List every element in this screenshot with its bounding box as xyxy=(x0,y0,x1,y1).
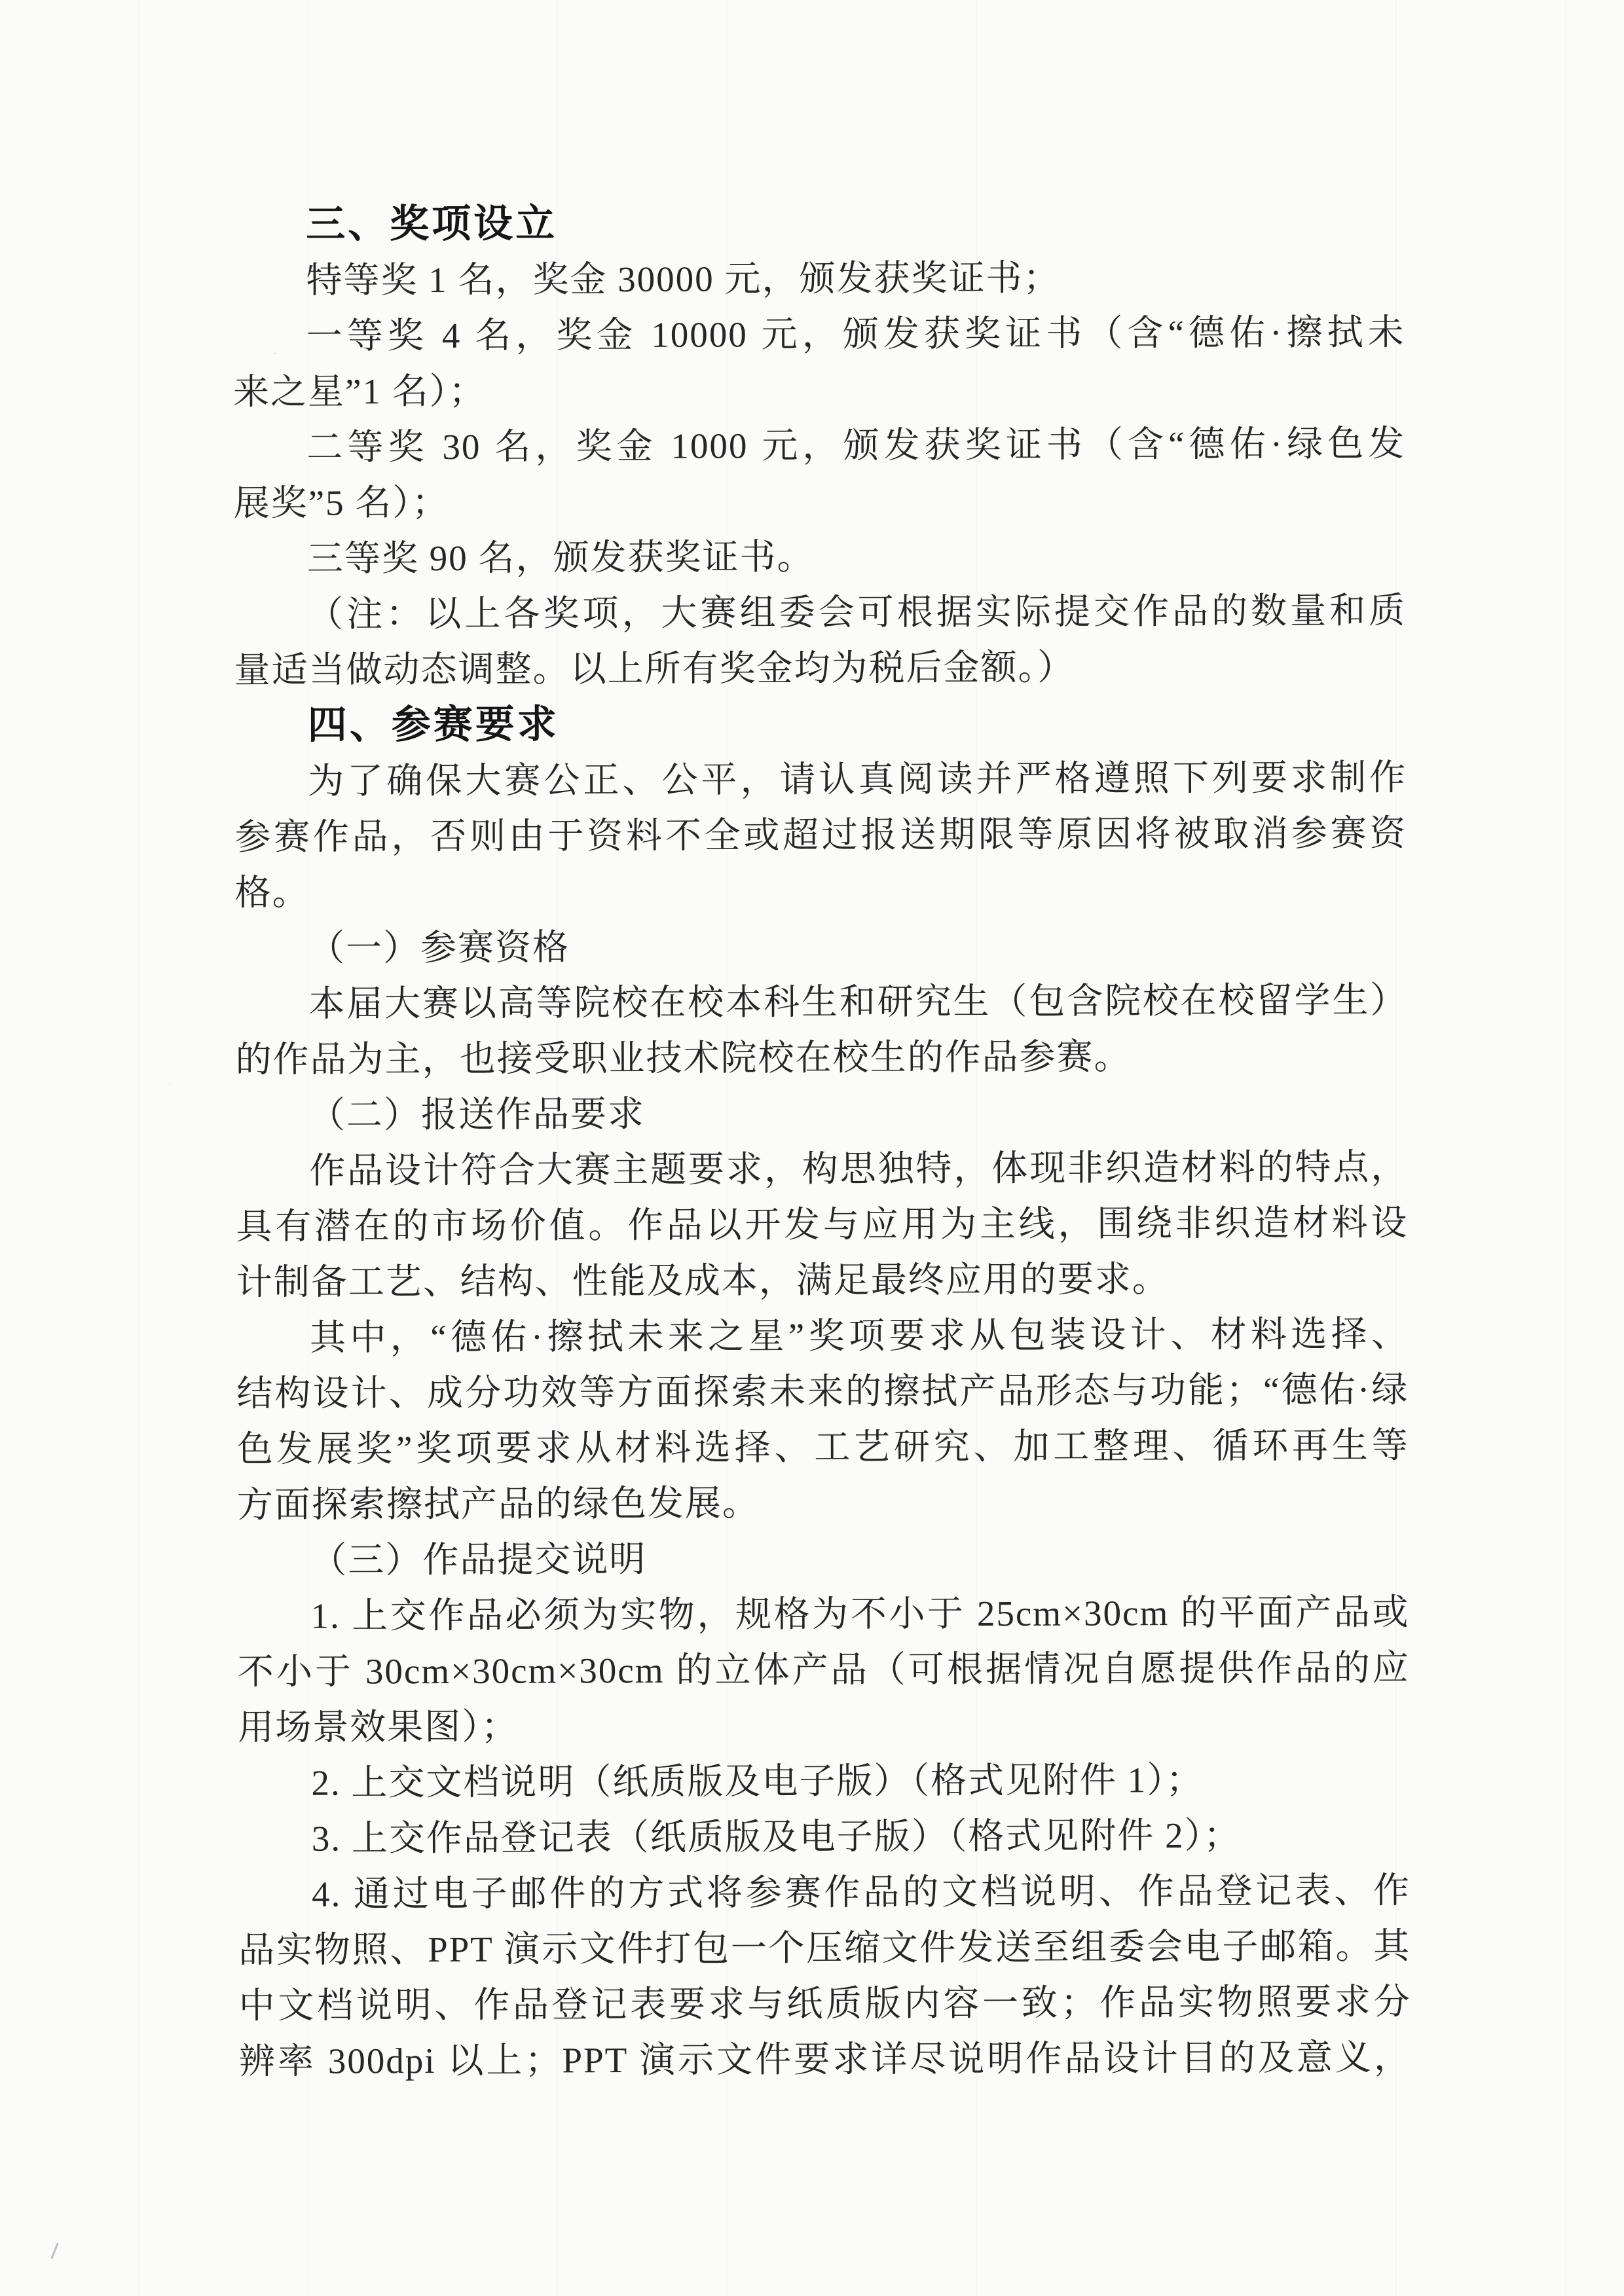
text-line: 结构设计、成分功效等方面探索未来的擦拭产品形态与功能；“德佑·绿 xyxy=(236,1362,1409,1421)
text-line: （三）作品提交说明 xyxy=(237,1529,1409,1588)
text-line: 用场景效果图）； xyxy=(238,1696,1410,1755)
text-line: 4. 通过电子邮件的方式将参赛作品的文档说明、作品登记表、作 xyxy=(238,1863,1411,1922)
scan-artifact-slash xyxy=(50,2242,59,2259)
text-line: 三等奖 90 名，颁发获奖证书。 xyxy=(234,527,1406,587)
section-heading: 四、参赛要求 xyxy=(234,694,1407,754)
text-line: 品实物照、PPT 演示文件打包一个压缩文件发送至组委会电子邮箱。其 xyxy=(238,1918,1411,1978)
text-line: 方面探索擦拭产品的绿色发展。 xyxy=(237,1473,1409,1533)
text-line: 其中，“德佑·擦拭未来之星”奖项要求从包装设计、材料选择、 xyxy=(236,1306,1409,1366)
text-line: （一）参赛资格 xyxy=(235,917,1407,976)
text-line: 计制备工艺、结构、性能及成本，满足最终应用的要求。 xyxy=(236,1250,1409,1310)
document-text-block: 三、奖项设立特等奖 1 名，奖金 30000 元，颁发获奖证书；一等奖 4 名，… xyxy=(232,193,1411,2089)
section-heading: 三、奖项设立 xyxy=(232,193,1405,253)
text-line: 展奖”5 名）； xyxy=(233,471,1405,531)
text-line: 量适当做动态调整。以上所有奖金均为税后金额。） xyxy=(234,638,1406,698)
text-line: （二）报送作品要求 xyxy=(236,1084,1408,1143)
text-line: 格。 xyxy=(235,861,1407,920)
text-line: 来之星”1 名）； xyxy=(233,360,1405,420)
text-line: 具有潜在的市场价值。作品以开发与应用为主线，围绕非织造材料设 xyxy=(236,1195,1408,1254)
text-line: 的作品为主，也接受职业技术院校在校生的作品参赛。 xyxy=(235,1028,1407,1087)
text-line: 不小于 30cm×30cm×30cm 的立体产品（可根据情况自愿提供作品的应 xyxy=(238,1640,1410,1700)
text-line: 1. 上交作品必须为实物，规格为不小于 25cm×30cm 的平面产品或 xyxy=(237,1584,1409,1644)
text-line: 3. 上交作品登记表（纸质版及电子版）（格式见附件 2）； xyxy=(238,1807,1411,1867)
text-line: 作品设计符合大赛主题要求，构思独特，体现非织造材料的特点， xyxy=(236,1139,1408,1199)
text-line: 为了确保大赛公正、公平，请认真阅读并严格遵照下列要求制作 xyxy=(234,750,1407,809)
scanned-document-page: 三、奖项设立特等奖 1 名，奖金 30000 元，颁发获奖证书；一等奖 4 名，… xyxy=(0,0,1624,2296)
text-line: 中文档说明、作品登记表要求与纸质版内容一致；作品实物照要求分 xyxy=(239,1974,1411,2033)
text-line: 一等奖 4 名，奖金 10000 元，颁发获奖证书（含“德佑·擦拭未 xyxy=(233,304,1405,364)
text-line: 2. 上交文档说明（纸质版及电子版）（格式见附件 1）； xyxy=(238,1751,1410,1811)
text-line: 色发展奖”奖项要求从材料选择、工艺研究、加工整理、循环再生等 xyxy=(237,1417,1409,1477)
text-line: 特等奖 1 名，奖金 30000 元，颁发获奖证书； xyxy=(232,249,1405,308)
text-line: 本届大赛以高等院校在校本科生和研究生（包含院校在校留学生） xyxy=(235,972,1407,1032)
text-line: 参赛作品，否则由于资料不全或超过报送期限等原因将被取消参赛资 xyxy=(234,805,1407,865)
text-line: （注：以上各奖项，大赛组委会可根据实际提交作品的数量和质 xyxy=(234,583,1406,642)
text-line: 辨率 300dpi 以上；PPT 演示文件要求详尽说明作品设计目的及意义， xyxy=(239,2030,1411,2089)
text-line: 二等奖 30 名，奖金 1000 元，颁发获奖证书（含“德佑·绿色发 xyxy=(233,416,1405,475)
